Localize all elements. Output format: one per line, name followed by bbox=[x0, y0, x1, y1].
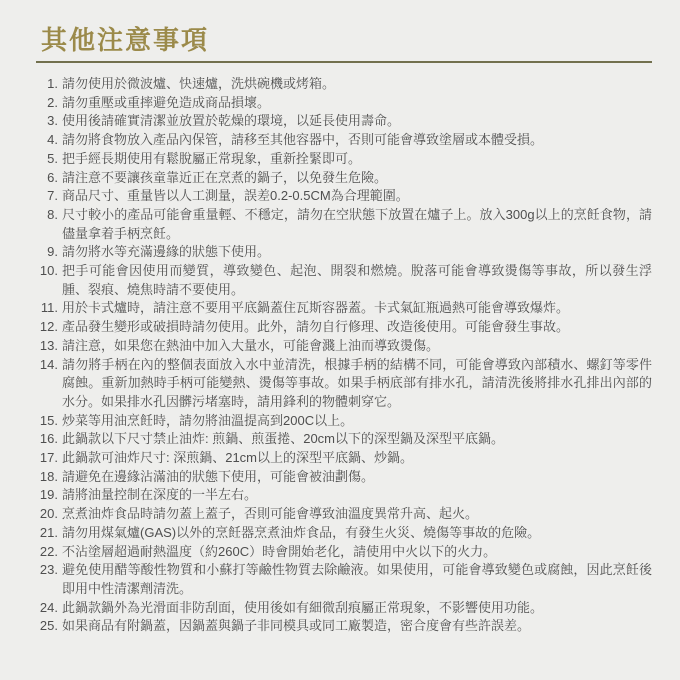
list-item-number: 20. bbox=[36, 505, 58, 524]
list-item-number: 25. bbox=[36, 617, 58, 636]
list-item-text: 請勿用煤氣爐(GAS)以外的烹飪器烹煮油炸食品，有發生火災、燒傷等事故的危險。 bbox=[62, 524, 652, 543]
list-item-number: 15. bbox=[36, 412, 58, 431]
list-item: 17.此鍋款可油炸尺寸: 深煎鍋、21cm以上的深型平底鍋、炒鍋。 bbox=[36, 449, 652, 468]
list-item: 18.請避免在邊緣沾滿油的狀態下使用，可能會被油劃傷。 bbox=[36, 468, 652, 487]
list-item-text: 不沾塗層超過耐熱溫度（約260C）時會開始老化，請使用中火以下的火力。 bbox=[62, 543, 652, 562]
list-item-number: 5. bbox=[36, 150, 58, 169]
list-item: 22.不沾塗層超過耐熱溫度（約260C）時會開始老化，請使用中火以下的火力。 bbox=[36, 543, 652, 562]
list-item-number: 19. bbox=[36, 486, 58, 505]
list-item-number: 23. bbox=[36, 561, 58, 580]
list-item: 11.用於卡式爐時，請注意不要用平底鍋蓋住瓦斯容器蓋。卡式氣缸瓶過熱可能會導致爆… bbox=[36, 299, 652, 318]
list-item-text: 請勿重壓或重摔避免造成商品損壞。 bbox=[62, 94, 652, 113]
list-item: 13.請注意，如果您在熱油中加入大量水，可能會濺上油而導致燙傷。 bbox=[36, 337, 652, 356]
list-item-number: 13. bbox=[36, 337, 58, 356]
list-item-text: 如果商品有附鍋蓋，因鍋蓋與鍋子非同模具或同工廠製造，密合度會有些許誤差。 bbox=[62, 617, 652, 636]
list-item: 25.如果商品有附鍋蓋，因鍋蓋與鍋子非同模具或同工廠製造，密合度會有些許誤差。 bbox=[36, 617, 652, 636]
list-item-number: 7. bbox=[36, 187, 58, 206]
list-item-number: 6. bbox=[36, 169, 58, 188]
list-item-number: 14. bbox=[36, 356, 58, 375]
list-item-number: 9. bbox=[36, 243, 58, 262]
list-item: 5.把手經長期使用有鬆脫屬正常現象，重新拴緊即可。 bbox=[36, 150, 652, 169]
list-item-number: 21. bbox=[36, 524, 58, 543]
list-item-text: 請勿將水等充滿邊緣的狀態下使用。 bbox=[62, 243, 652, 262]
list-item: 3.使用後請確實清潔並放置於乾燥的環境，以延長使用壽命。 bbox=[36, 112, 652, 131]
list-item-text: 此鍋款鍋外為光滑面非防刮面，使用後如有細微刮痕屬正常現象，不影響使用功能。 bbox=[62, 599, 652, 618]
list-item-text: 避免使用醋等酸性物質和小蘇打等鹼性物質去除鹼液。如果使用，可能會導致變色或腐蝕，… bbox=[62, 561, 652, 598]
list-item-number: 1. bbox=[36, 75, 58, 94]
list-item-text: 烹煮油炸食品時請勿蓋上蓋子，否則可能會導致油溫度異常升高、起火。 bbox=[62, 505, 652, 524]
list-item-number: 3. bbox=[36, 112, 58, 131]
list-item: 12.產品發生變形或破損時請勿使用。此外，請勿自行修理、改造後使用。可能會發生事… bbox=[36, 318, 652, 337]
list-item-number: 10. bbox=[36, 262, 58, 281]
list-item: 15.炒菜等用油烹飪時，請勿將油溫提高到200C以上。 bbox=[36, 412, 652, 431]
list-item: 24.此鍋款鍋外為光滑面非防刮面，使用後如有細微刮痕屬正常現象，不影響使用功能。 bbox=[36, 599, 652, 618]
list-item-number: 4. bbox=[36, 131, 58, 150]
list-item: 21.請勿用煤氣爐(GAS)以外的烹飪器烹煮油炸食品，有發生火災、燒傷等事故的危… bbox=[36, 524, 652, 543]
list-item-text: 請將油量控制在深度的一半左右。 bbox=[62, 486, 652, 505]
precautions-page: 其他注意事項 1.請勿使用於微波爐、快速爐，洗烘碗機或烤箱。2.請勿重壓或重摔避… bbox=[0, 0, 680, 680]
list-item-number: 11. bbox=[36, 299, 58, 318]
list-item-text: 請勿使用於微波爐、快速爐，洗烘碗機或烤箱。 bbox=[62, 75, 652, 94]
list-item-text: 用於卡式爐時，請注意不要用平底鍋蓋住瓦斯容器蓋。卡式氣缸瓶過熱可能會導致爆炸。 bbox=[62, 299, 652, 318]
list-item-text: 此鍋款可油炸尺寸: 深煎鍋、21cm以上的深型平底鍋、炒鍋。 bbox=[62, 449, 652, 468]
list-item-text: 產品發生變形或破損時請勿使用。此外，請勿自行修理、改造後使用。可能會發生事故。 bbox=[62, 318, 652, 337]
list-item-text: 此鍋款以下尺寸禁止油炸: 煎鍋、煎蛋捲、20cm以下的深型鍋及深型平底鍋。 bbox=[62, 430, 652, 449]
list-item: 16.此鍋款以下尺寸禁止油炸: 煎鍋、煎蛋捲、20cm以下的深型鍋及深型平底鍋。 bbox=[36, 430, 652, 449]
list-item: 2.請勿重壓或重摔避免造成商品損壞。 bbox=[36, 94, 652, 113]
page-header: 其他注意事項 bbox=[36, 24, 652, 63]
list-item-number: 18. bbox=[36, 468, 58, 487]
list-item-number: 16. bbox=[36, 430, 58, 449]
list-item-number: 12. bbox=[36, 318, 58, 337]
list-item-text: 請注意不要讓孩童靠近正在烹煮的鍋子，以免發生危險。 bbox=[62, 169, 652, 188]
list-item: 20.烹煮油炸食品時請勿蓋上蓋子，否則可能會導致油溫度異常升高、起火。 bbox=[36, 505, 652, 524]
list-item: 19.請將油量控制在深度的一半左右。 bbox=[36, 486, 652, 505]
list-item-text: 把手經長期使用有鬆脫屬正常現象，重新拴緊即可。 bbox=[62, 150, 652, 169]
list-item-number: 2. bbox=[36, 94, 58, 113]
list-item: 4.請勿將食物放入產品內保管，請移至其他容器中，否則可能會導致塗層或本體受損。 bbox=[36, 131, 652, 150]
list-item-text: 尺寸較小的產品可能會重量輕、不穩定，請勿在空狀態下放置在爐子上。放入300g以上… bbox=[62, 206, 652, 243]
list-item: 14.請勿將手柄在內的整個表面放入水中並清洗，根據手柄的結構不同，可能會導致內部… bbox=[36, 356, 652, 412]
list-item-number: 17. bbox=[36, 449, 58, 468]
list-item-text: 使用後請確實清潔並放置於乾燥的環境，以延長使用壽命。 bbox=[62, 112, 652, 131]
list-item: 10.把手可能會因使用而變質，導致變色、起泡、開裂和燃燒。脫落可能會導致燙傷等事… bbox=[36, 262, 652, 299]
list-item-number: 24. bbox=[36, 599, 58, 618]
list-item-number: 22. bbox=[36, 543, 58, 562]
list-item-text: 請注意，如果您在熱油中加入大量水，可能會濺上油而導致燙傷。 bbox=[62, 337, 652, 356]
list-item-number: 8. bbox=[36, 206, 58, 225]
page-title: 其他注意事項 bbox=[41, 24, 652, 56]
list-item: 23.避免使用醋等酸性物質和小蘇打等鹼性物質去除鹼液。如果使用，可能會導致變色或… bbox=[36, 561, 652, 598]
list-item-text: 炒菜等用油烹飪時，請勿將油溫提高到200C以上。 bbox=[62, 412, 652, 431]
list-item-text: 商品尺寸、重量皆以人工測量，誤差0.2-0.5CM為合理範圍。 bbox=[62, 187, 652, 206]
list-item-text: 把手可能會因使用而變質，導致變色、起泡、開裂和燃燒。脫落可能會導致燙傷等事故，所… bbox=[62, 262, 652, 299]
notes-list: 1.請勿使用於微波爐、快速爐，洗烘碗機或烤箱。2.請勿重壓或重摔避免造成商品損壞… bbox=[36, 63, 652, 636]
list-item: 9.請勿將水等充滿邊緣的狀態下使用。 bbox=[36, 243, 652, 262]
list-item: 7.商品尺寸、重量皆以人工測量，誤差0.2-0.5CM為合理範圍。 bbox=[36, 187, 652, 206]
list-item: 1.請勿使用於微波爐、快速爐，洗烘碗機或烤箱。 bbox=[36, 75, 652, 94]
list-item-text: 請勿將手柄在內的整個表面放入水中並清洗，根據手柄的結構不同，可能會導致內部積水、… bbox=[62, 356, 652, 412]
list-item: 6.請注意不要讓孩童靠近正在烹煮的鍋子，以免發生危險。 bbox=[36, 169, 652, 188]
list-item: 8.尺寸較小的產品可能會重量輕、不穩定，請勿在空狀態下放置在爐子上。放入300g… bbox=[36, 206, 652, 243]
list-item-text: 請勿將食物放入產品內保管，請移至其他容器中，否則可能會導致塗層或本體受損。 bbox=[62, 131, 652, 150]
list-item-text: 請避免在邊緣沾滿油的狀態下使用，可能會被油劃傷。 bbox=[62, 468, 652, 487]
